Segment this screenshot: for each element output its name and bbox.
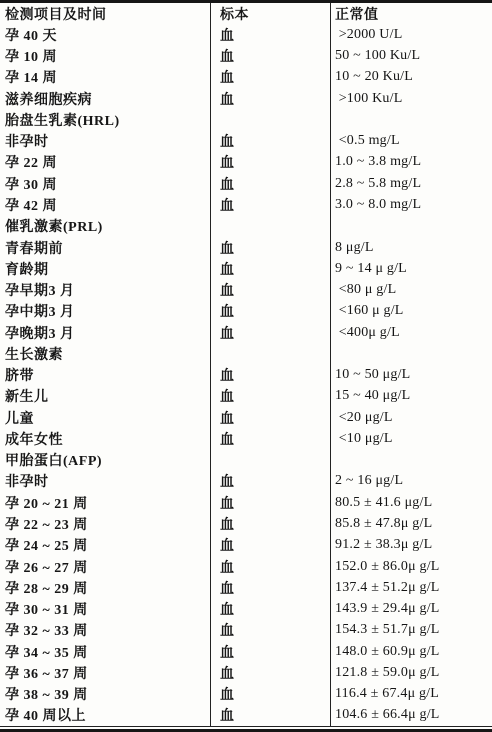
item-cell: 生长激素 [0, 344, 210, 364]
value-cell [330, 109, 492, 130]
value-cell: 91.2 ± 38.3μ g/L [330, 535, 492, 556]
table-row: 非孕时血2 ~ 16 μg/L [0, 471, 492, 492]
value-cell: >100 Ku/L [330, 88, 492, 109]
value-cell: 137.4 ± 51.2μ g/L [330, 577, 492, 598]
table-row: 孕 20 ~ 21 周血80.5 ± 41.6 μg/L [0, 492, 492, 513]
table-row: 孕 10 周血50 ~ 100 Ku/L [0, 46, 492, 67]
item-cell: 胎盘生乳素(HRL) [0, 110, 210, 130]
table-body: 检测项目及时间 标本 正常值 孕 40 天血 >2000 U/L孕 10 周血5… [0, 3, 492, 726]
specimen-cell: 血 [210, 556, 330, 577]
item-cell: 孕 30 周 [0, 174, 210, 194]
table-header-row: 检测项目及时间 标本 正常值 [0, 3, 492, 24]
value-cell: 152.0 ± 86.0μ g/L [330, 556, 492, 577]
value-cell: 116.4 ± 67.4μ g/L [330, 684, 492, 705]
value-cell: <80 μ g/L [330, 279, 492, 300]
table-row: 孕 22 ~ 23 周血85.8 ± 47.8μ g/L [0, 513, 492, 534]
specimen-cell: 血 [210, 258, 330, 279]
value-cell: <400μ g/L [330, 322, 492, 343]
item-cell: 新生儿 [0, 386, 210, 406]
value-cell: 10 ~ 20 Ku/L [330, 67, 492, 88]
specimen-cell: 血 [210, 88, 330, 109]
item-cell: 非孕时 [0, 131, 210, 151]
specimen-cell [210, 109, 330, 130]
table-row: 滋养细胞疾病血 >100 Ku/L [0, 88, 492, 109]
table-row: 儿童血 <20 μg/L [0, 407, 492, 428]
item-cell: 孕 26 ~ 27 周 [0, 557, 210, 577]
item-cell: 催乳激素(PRL) [0, 216, 210, 236]
specimen-cell: 血 [210, 237, 330, 258]
value-cell: 8 μg/L [330, 237, 492, 258]
table-row: 孕早期3 月血 <80 μ g/L [0, 279, 492, 300]
specimen-cell [210, 450, 330, 471]
specimen-cell: 血 [210, 322, 330, 343]
item-cell: 青春期前 [0, 238, 210, 258]
section-header-row: 胎盘生乳素(HRL) [0, 109, 492, 130]
header-cell-value: 正常值 [330, 3, 492, 24]
item-cell: 孕 42 周 [0, 195, 210, 215]
specimen-cell [210, 343, 330, 364]
table-row: 孕 40 天血 >2000 U/L [0, 24, 492, 45]
item-cell: 孕 22 ~ 23 周 [0, 514, 210, 534]
item-cell: 孕 10 周 [0, 46, 210, 66]
value-cell: 10 ~ 50 μg/L [330, 365, 492, 386]
section-header-row: 催乳激素(PRL) [0, 216, 492, 237]
table-row: 新生儿血15 ~ 40 μg/L [0, 386, 492, 407]
item-cell: 滋养细胞疾病 [0, 89, 210, 109]
item-cell: 孕 14 周 [0, 67, 210, 87]
specimen-cell: 血 [210, 301, 330, 322]
table-row: 孕 36 ~ 37 周血121.8 ± 59.0μ g/L [0, 662, 492, 683]
table-row: 孕 30 周血2.8 ~ 5.8 mg/L [0, 173, 492, 194]
table-row: 孕晚期3 月血 <400μ g/L [0, 322, 492, 343]
item-cell: 孕 22 周 [0, 152, 210, 172]
specimen-cell: 血 [210, 705, 330, 726]
header-cell-item: 检测项目及时间 [0, 4, 210, 24]
value-cell: 121.8 ± 59.0μ g/L [330, 662, 492, 683]
value-cell: 9 ~ 14 μ g/L [330, 258, 492, 279]
specimen-cell: 血 [210, 24, 330, 45]
item-cell: 甲胎蛋白(AFP) [0, 450, 210, 470]
table-row: 非孕时血 <0.5 mg/L [0, 131, 492, 152]
table-row: 孕 40 周以上血104.6 ± 66.4μ g/L [0, 705, 492, 726]
item-cell: 脐带 [0, 365, 210, 385]
value-cell [330, 343, 492, 364]
value-cell: <160 μ g/L [330, 301, 492, 322]
table-row: 孕 26 ~ 27 周血152.0 ± 86.0μ g/L [0, 556, 492, 577]
value-cell: 143.9 ± 29.4μ g/L [330, 598, 492, 619]
specimen-cell [210, 216, 330, 237]
item-cell: 孕 24 ~ 25 周 [0, 535, 210, 555]
item-cell: 孕 34 ~ 35 周 [0, 642, 210, 662]
value-cell: 3.0 ~ 8.0 mg/L [330, 194, 492, 215]
specimen-cell: 血 [210, 641, 330, 662]
specimen-cell: 血 [210, 513, 330, 534]
specimen-cell: 血 [210, 428, 330, 449]
specimen-cell: 血 [210, 598, 330, 619]
item-cell: 孕 32 ~ 33 周 [0, 620, 210, 640]
specimen-cell: 血 [210, 407, 330, 428]
value-cell: <20 μg/L [330, 407, 492, 428]
table-row: 脐带血10 ~ 50 μg/L [0, 365, 492, 386]
item-cell: 成年女性 [0, 429, 210, 449]
specimen-cell: 血 [210, 577, 330, 598]
table-row: 成年女性血 <10 μg/L [0, 428, 492, 449]
specimen-cell: 血 [210, 173, 330, 194]
scanned-document-page: 检测项目及时间 标本 正常值 孕 40 天血 >2000 U/L孕 10 周血5… [0, 0, 492, 732]
value-cell: 50 ~ 100 Ku/L [330, 46, 492, 67]
item-cell: 孕早期3 月 [0, 280, 210, 300]
item-cell: 孕晚期3 月 [0, 323, 210, 343]
value-cell: 2.8 ~ 5.8 mg/L [330, 173, 492, 194]
specimen-cell: 血 [210, 365, 330, 386]
item-cell: 儿童 [0, 408, 210, 428]
table-row: 孕 38 ~ 39 周血116.4 ± 67.4μ g/L [0, 684, 492, 705]
table-row: 孕 42 周血3.0 ~ 8.0 mg/L [0, 194, 492, 215]
item-cell: 孕 20 ~ 21 周 [0, 493, 210, 513]
specimen-cell: 血 [210, 46, 330, 67]
value-cell: <0.5 mg/L [330, 131, 492, 152]
item-cell: 孕 40 周以上 [0, 705, 210, 725]
specimen-cell: 血 [210, 535, 330, 556]
specimen-cell: 血 [210, 152, 330, 173]
value-cell: 154.3 ± 51.7μ g/L [330, 620, 492, 641]
table-row: 孕中期3 月血 <160 μ g/L [0, 301, 492, 322]
value-cell: 80.5 ± 41.6 μg/L [330, 492, 492, 513]
value-cell: 104.6 ± 66.4μ g/L [330, 705, 492, 726]
value-cell: 2 ~ 16 μg/L [330, 471, 492, 492]
value-cell: <10 μg/L [330, 428, 492, 449]
table-row: 孕 28 ~ 29 周血137.4 ± 51.2μ g/L [0, 577, 492, 598]
item-cell: 孕 28 ~ 29 周 [0, 578, 210, 598]
specimen-cell: 血 [210, 386, 330, 407]
item-cell: 育龄期 [0, 259, 210, 279]
specimen-cell: 血 [210, 279, 330, 300]
value-cell: >2000 U/L [330, 24, 492, 45]
specimen-cell: 血 [210, 194, 330, 215]
table-row: 孕 30 ~ 31 周血143.9 ± 29.4μ g/L [0, 598, 492, 619]
item-cell: 孕 30 ~ 31 周 [0, 599, 210, 619]
value-cell [330, 450, 492, 471]
specimen-cell: 血 [210, 662, 330, 683]
value-cell [330, 216, 492, 237]
item-cell: 孕中期3 月 [0, 301, 210, 321]
specimen-cell: 血 [210, 67, 330, 88]
specimen-cell: 血 [210, 492, 330, 513]
value-cell: 1.0 ~ 3.8 mg/L [330, 152, 492, 173]
specimen-cell: 血 [210, 620, 330, 641]
specimen-cell: 血 [210, 684, 330, 705]
section-header-row: 甲胎蛋白(AFP) [0, 450, 492, 471]
value-cell: 85.8 ± 47.8μ g/L [330, 513, 492, 534]
section-header-row: 生长激素 [0, 343, 492, 364]
table-row: 孕 22 周血1.0 ~ 3.8 mg/L [0, 152, 492, 173]
item-cell: 非孕时 [0, 471, 210, 491]
lab-reference-table: 检测项目及时间 标本 正常值 孕 40 天血 >2000 U/L孕 10 周血5… [0, 0, 492, 732]
item-cell: 孕 36 ~ 37 周 [0, 663, 210, 683]
header-cell-specimen: 标本 [210, 3, 330, 24]
table-row: 孕 34 ~ 35 周血148.0 ± 60.9μ g/L [0, 641, 492, 662]
item-cell: 孕 38 ~ 39 周 [0, 684, 210, 704]
value-cell: 148.0 ± 60.9μ g/L [330, 641, 492, 662]
specimen-cell: 血 [210, 131, 330, 152]
table-row: 孕 32 ~ 33 周血154.3 ± 51.7μ g/L [0, 620, 492, 641]
table-row: 孕 24 ~ 25 周血91.2 ± 38.3μ g/L [0, 535, 492, 556]
item-cell: 孕 40 天 [0, 25, 210, 45]
value-cell: 15 ~ 40 μg/L [330, 386, 492, 407]
table-row: 青春期前血8 μg/L [0, 237, 492, 258]
specimen-cell: 血 [210, 471, 330, 492]
table-row: 育龄期血9 ~ 14 μ g/L [0, 258, 492, 279]
table-row: 孕 14 周血10 ~ 20 Ku/L [0, 67, 492, 88]
